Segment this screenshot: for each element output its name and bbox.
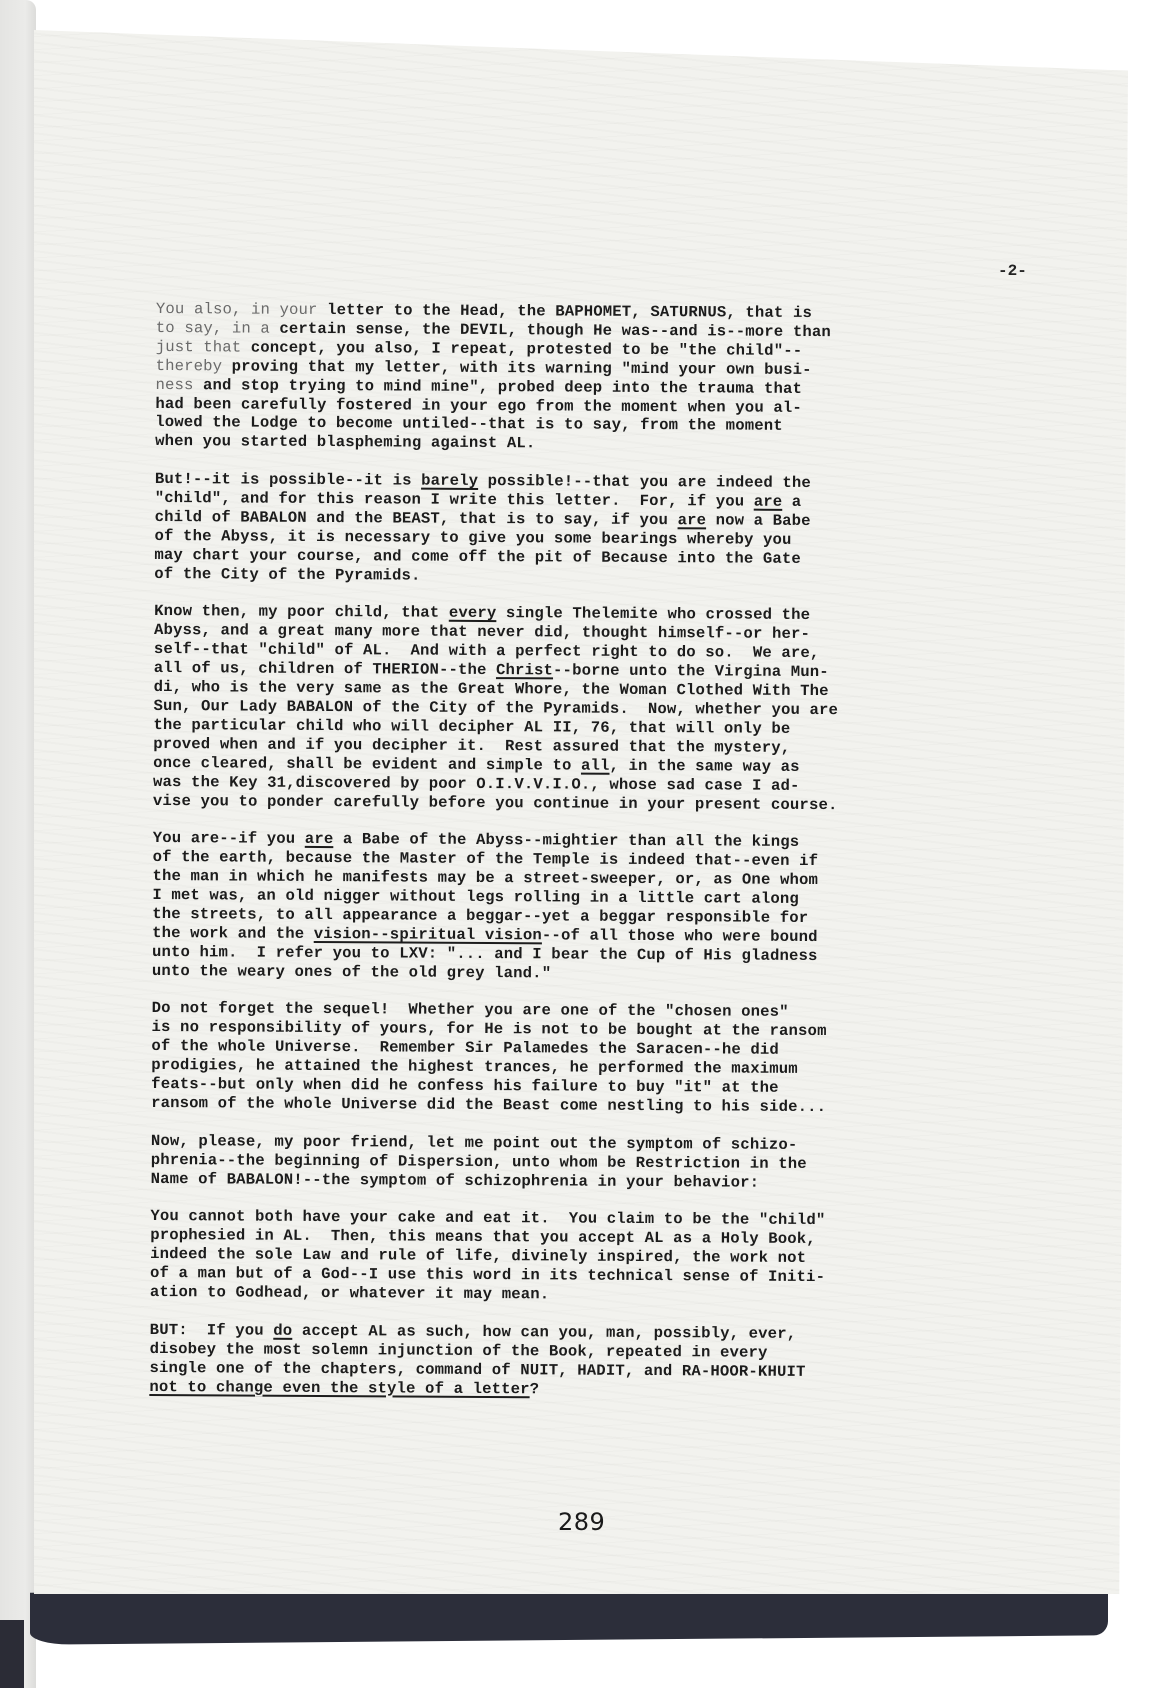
text-segment: accept AL as such, how can you, man, pos… [292,1322,796,1343]
text-segment: and stop trying to mind mine", probed de… [193,376,802,398]
text-segment: now a Babe [706,511,811,530]
faded-text: just that [156,338,242,357]
underlined-text: every [449,604,497,622]
underlined-text: all [581,756,610,774]
text-line: Name of BABALON!--the symptom of schizop… [151,1170,1011,1194]
underlined-text: Christ [496,661,553,679]
folio-number: 289 [558,1508,605,1536]
text-line: unto the weary ones of the old grey land… [152,962,1012,986]
text-segment: a Babe of the Abyss--mightier than all t… [333,830,799,851]
text-line: ransom of the whole Universe did the Bea… [151,1094,1011,1118]
text-segment: all of us, children of THERION--the [154,659,496,679]
text-segment: once cleared, shall be evident and simpl… [153,754,581,775]
paragraph: BUT: If you do accept AL as such, how ca… [149,1321,1009,1402]
text-segment: when you started blaspheming against AL. [155,432,535,452]
text-line: of the City of the Pyramids. [154,565,1014,589]
paragraph: You also, in your letter to the Head, th… [155,300,1016,457]
text-segment: of the City of the Pyramids. [154,565,420,585]
text-line: when you started blaspheming against AL. [155,432,1015,456]
text-segment: --of all those who were bound [542,926,818,946]
text-segment: proving that my letter, with its warning… [222,357,812,379]
text-line: ation to Godhead, or whatever it may mea… [150,1283,1010,1307]
page-marker: -2- [998,262,1027,280]
text-segment: letter to the Head, the BAPHOMET, SATURN… [318,301,813,322]
paragraph: But!--it is possible--it is barely possi… [154,470,1015,589]
text-segment: single Thelemite who crossed the [496,605,810,625]
text-line: vise you to ponder carefully before you … [153,792,1013,816]
text-segment: But!--it is possible--it is [155,470,421,490]
faded-text: thereby [156,357,223,375]
adjacent-page-edge [0,0,36,1688]
text-segment: certain sense, the DEVIL, though He was-… [270,320,831,341]
text-segment: vise you to ponder carefully before you … [153,792,838,814]
text-segment: --borne unto the Virgina Mun- [553,662,829,682]
text-segment: unto the weary ones of the old grey land… [152,962,551,982]
underlined-text: barely [421,472,478,490]
faded-text: You also, in your [156,300,318,319]
paragraph: You are--if you are a Babe of the Abyss-… [152,829,1013,986]
paragraph: Do not forget the sequel! Whether you ar… [151,999,1012,1118]
underlined-text: are [678,511,707,529]
text-segment: Know then, my poor child, that [154,602,449,622]
paragraph: Now, please, my poor friend, let me poin… [151,1132,1011,1194]
text-segment: the work and the [152,924,314,943]
underlined-text: are [305,830,334,848]
text-segment: ? [530,1380,540,1398]
paragraph: You cannot both have your cake and eat i… [150,1207,1011,1307]
underlined-text: vision--spiritual vision [314,925,542,944]
underlined-text: do [273,1322,292,1340]
text-segment: "child", and for this reason I write thi… [155,489,754,511]
text-line: not to change even the style of a letter… [149,1378,1009,1402]
book-cover-edge [0,1620,24,1688]
faded-text: to say, in a [156,319,270,338]
text-segment: You are--if you [153,829,305,848]
text-segment: , in the same way as [610,756,800,775]
text-segment: possible!--that you are indeed the [478,472,811,492]
faded-text: ness [155,376,193,394]
text-segment: BUT: If you [150,1321,274,1340]
text-segment: ransom of the whole Universe did the Bea… [151,1094,826,1116]
text-segment: Name of BABALON!--the symptom of schizop… [151,1170,760,1192]
text-segment: a [782,493,801,511]
text-segment: ation to Godhead, or whatever it may mea… [150,1283,549,1303]
underlined-text: not to change even the style of a letter [149,1378,529,1398]
paragraph: Know then, my poor child, that every sin… [153,602,1014,815]
letter-body: You also, in your letter to the Head, th… [149,300,1016,1421]
text-segment: child of BABALON and the BEAST, that is … [155,508,678,529]
text-segment: concept, you also, I repeat, protested t… [241,338,802,359]
underlined-text: are [754,493,783,511]
